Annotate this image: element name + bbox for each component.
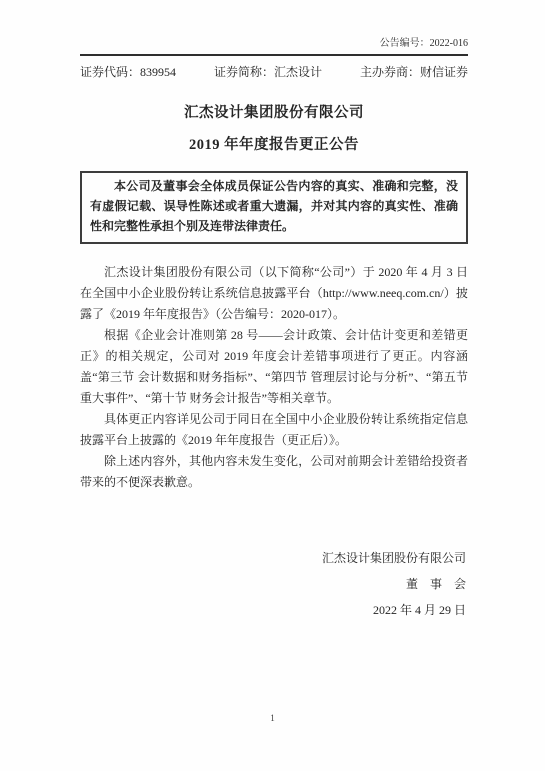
body-paragraph-1: 汇杰设计集团股份有限公司（以下简称“公司”）于 2020 年 4 月 3 日在全… <box>80 262 468 325</box>
declaration-box: 本公司及董事会全体成员保证公告内容的真实、准确和完整，没有虚假记载、误导性陈述或… <box>80 171 468 244</box>
declaration-text: 本公司及董事会全体成员保证公告内容的真实、准确和完整，没有虚假记载、误导性陈述或… <box>90 176 458 236</box>
header-divider <box>80 54 468 56</box>
body-text: 汇杰设计集团股份有限公司（以下简称“公司”）于 2020 年 4 月 3 日在全… <box>80 262 468 493</box>
announcement-title: 2019 年年度报告更正公告 <box>80 137 468 154</box>
stock-short-name: 证券简称：汇杰设计 <box>214 65 322 80</box>
signature-block: 汇杰设计集团股份有限公司 董 事 会 2022 年 4 月 29 日 <box>80 545 468 623</box>
body-paragraph-4: 除上述内容外，其他内容未发生变化，公司对前期会计差错给投资者带来的不便深表歉意。 <box>80 451 468 493</box>
stock-code: 证券代码：839954 <box>80 65 176 80</box>
securities-info-row: 证券代码：839954 证券简称：汇杰设计 主办券商：财信证券 <box>80 65 468 80</box>
company-title: 汇杰设计集团股份有限公司 <box>80 105 468 122</box>
body-paragraph-3: 具体更正内容详见公司于同日在全国中小企业股份转让系统指定信息披露平台上披露的《2… <box>80 409 468 451</box>
signature-company: 汇杰设计集团股份有限公司 <box>80 545 466 571</box>
page-number: 1 <box>0 713 545 723</box>
document-page: 公告编号：2022-016 证券代码：839954 证券简称：汇杰设计 主办券商… <box>0 0 545 771</box>
signature-board: 董 事 会 <box>80 571 466 597</box>
announcement-number: 公告编号：2022-016 <box>80 0 468 50</box>
sponsor-broker: 主办券商：财信证券 <box>360 65 468 80</box>
body-paragraph-2: 根据《企业会计准则第 28 号——会计政策、会计估计变更和差错更正》的相关规定，… <box>80 325 468 409</box>
signature-date: 2022 年 4 月 29 日 <box>80 597 466 623</box>
